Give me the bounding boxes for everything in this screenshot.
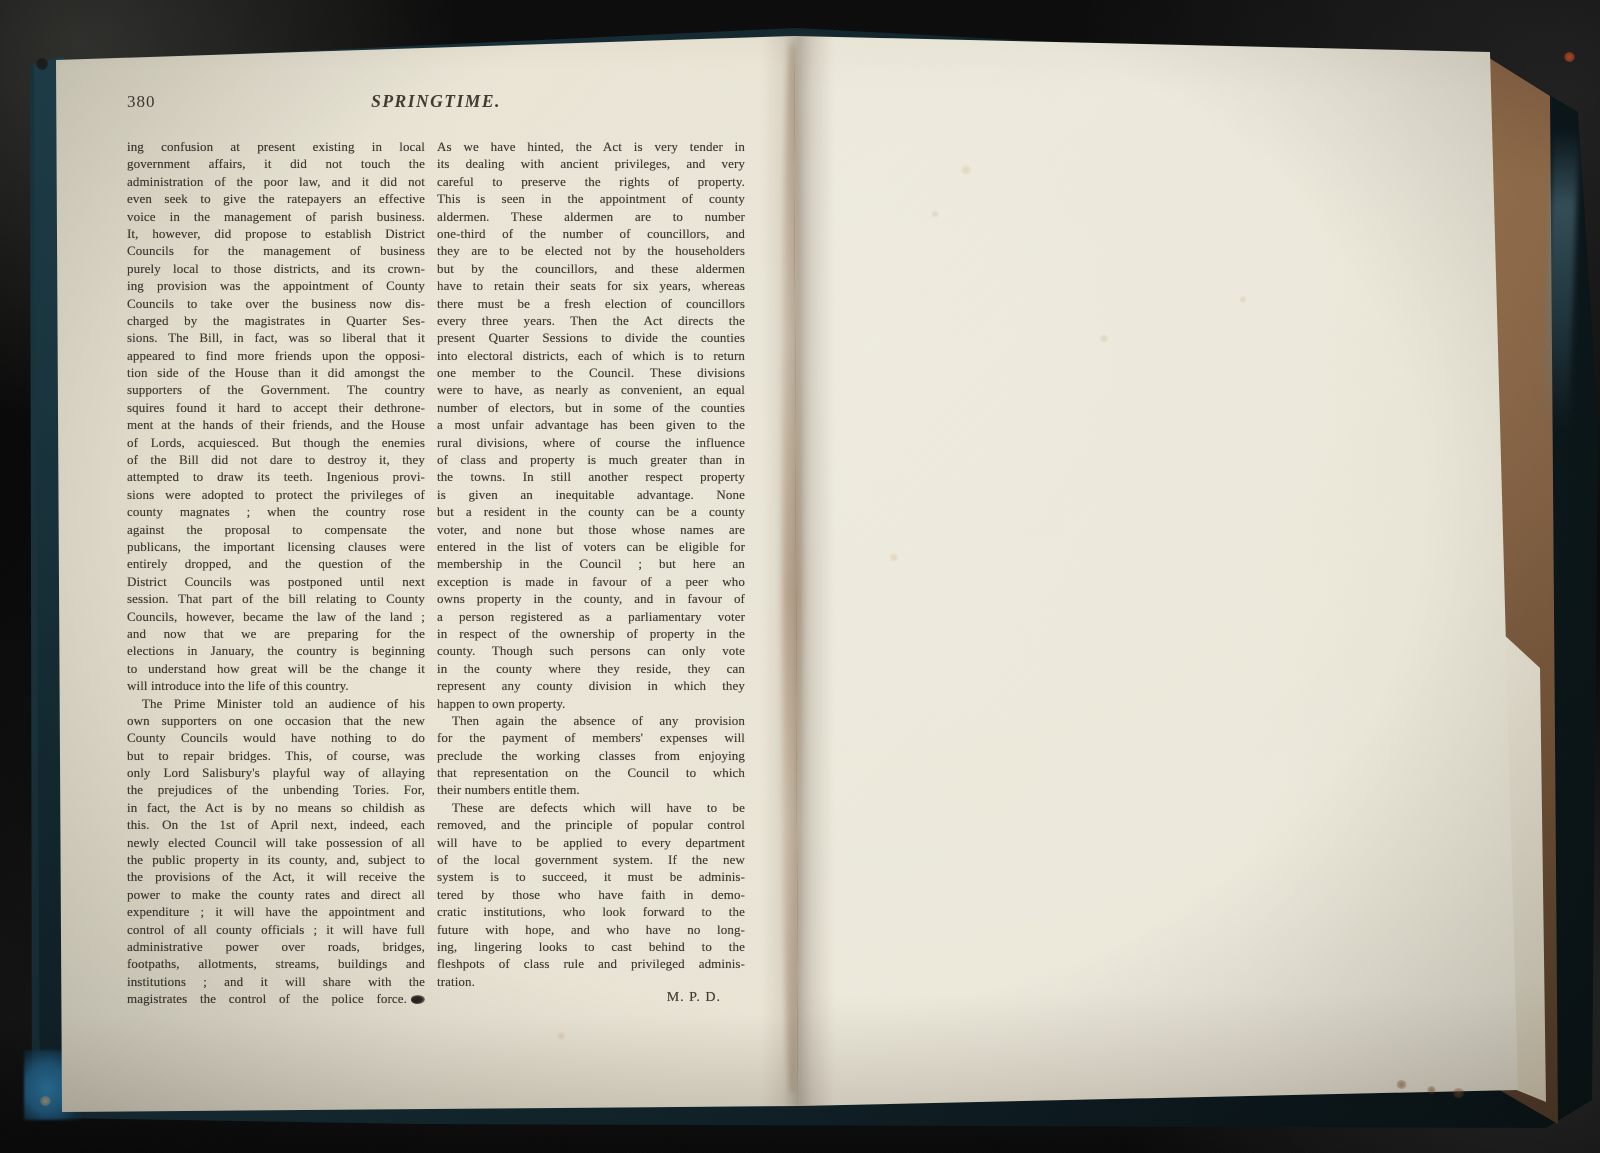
text-line: of Lords, acquiesced. But though the ene… <box>127 434 425 451</box>
text-line: the towns. In still another respect prop… <box>437 468 745 485</box>
text-line: Councils, however, became the law of the… <box>127 608 425 625</box>
text-line: The Prime Minister told an audience of h… <box>127 695 425 712</box>
text-line: a person registered as a parliamentary v… <box>437 608 745 625</box>
text-line: elections in January, the country is beg… <box>127 642 425 659</box>
text-line: one member to the Council. These divisio… <box>437 364 745 381</box>
text-column-1: ing confusion at present existing in loc… <box>127 138 425 1008</box>
text-line: owns property in the county, and in favo… <box>437 590 745 607</box>
text-line: sions. The Bill, in fact, was so liberal… <box>127 329 425 346</box>
text-line: County Councils would have nothing to do <box>127 729 425 746</box>
text-line: the public property in its county, and, … <box>127 851 425 868</box>
text-line: preclude the working classes from enjoyi… <box>437 747 745 764</box>
text-line: the provisions of the Act, it will recei… <box>127 868 425 885</box>
text-line: District Councils was postponed until ne… <box>127 573 425 590</box>
text-line: sions were adopted to protect the privil… <box>127 486 425 503</box>
text-line: This is seen in the appointment of count… <box>437 190 745 207</box>
text-line: ment at the hands of their friends, and … <box>127 416 425 433</box>
text-line: but by the councillors, and these alderm… <box>437 260 745 277</box>
text-line: Councils for the management of business <box>127 242 425 259</box>
text-line: charged by the magistrates in Quarter Se… <box>127 312 425 329</box>
text-line: voter, and none but those whose names ar… <box>437 521 745 538</box>
text-line: will have to be applied to every departm… <box>437 834 745 851</box>
paint-speck <box>1564 52 1575 62</box>
text-line: cratic institutions, who look forward to… <box>437 903 745 920</box>
text-line: These are defects which will have to be <box>437 799 745 816</box>
text-line: the prejudices of the unbending Tories. … <box>127 781 425 798</box>
text-line: fleshpots of class rule and privileged a… <box>437 955 745 972</box>
text-line: one-third of the number of councillors, … <box>437 225 745 242</box>
text-line: careful to preserve the rights of proper… <box>437 173 745 190</box>
text-line: to understand how great will be the chan… <box>127 660 425 677</box>
text-line: appeared to find more friends upon the o… <box>127 347 425 364</box>
ink-smudge <box>411 995 425 1005</box>
text-line: ing confusion at present existing in loc… <box>127 138 425 155</box>
text-line: membership in the Council ; but here an <box>437 555 745 572</box>
text-line: administrative power over roads, bridges… <box>127 938 425 955</box>
text-line: this. On the 1st of April next, indeed, … <box>127 816 425 833</box>
text-line: of class and property is much greater th… <box>437 451 745 468</box>
text-line: in fact, the Act is by no means so child… <box>127 799 425 816</box>
text-line: in respect of the ownership of property … <box>437 625 745 642</box>
text-line: It, however, did propose to establish Di… <box>127 225 425 242</box>
text-line: expenditure ; it will have the appointme… <box>127 903 425 920</box>
text-line: against the proposal to compensate the <box>127 521 425 538</box>
text-column-2: As we have hinted, the Act is very tende… <box>437 138 745 990</box>
text-line: but a resident in the county can be a co… <box>437 503 745 520</box>
text-line: ing provision was the appointment of Cou… <box>127 277 425 294</box>
text-line: every three years. Then the Act directs … <box>437 312 745 329</box>
text-line: supporters of the Government. The countr… <box>127 381 425 398</box>
text-line: Councils to take over the business now d… <box>127 295 425 312</box>
text-line: represent any county division in which t… <box>437 677 745 694</box>
text-line: number of electors, but in some of the c… <box>437 399 745 416</box>
text-line: administration of the poor law, and it d… <box>127 173 425 190</box>
text-line: control of all county officials ; it wil… <box>127 921 425 938</box>
text-line: squires found it hard to accept their de… <box>127 399 425 416</box>
text-line: even seek to give the ratepayers an effe… <box>127 190 425 207</box>
text-line: Then again the absence of any provision <box>437 712 745 729</box>
text-line: aldermen. These aldermen are to number <box>437 208 745 225</box>
gutter-stain <box>782 44 802 1094</box>
author-initials: M. P. D. <box>437 990 745 1006</box>
text-line: only Lord Salisbury's playful way of all… <box>127 764 425 781</box>
text-line: were to have, as nearly as convenient, a… <box>437 381 745 398</box>
text-line: footpaths, allotments, streams, building… <box>127 955 425 972</box>
text-line: for the payment of members' expenses wil… <box>437 729 745 746</box>
text-line: tration. <box>437 973 745 990</box>
text-line: have to retain their seats for six years… <box>437 277 745 294</box>
text-line: tion side of the House than it did among… <box>127 364 425 381</box>
text-line: they are to be elected not by the househ… <box>437 242 745 259</box>
running-title: SPRINGTIME. <box>127 91 745 112</box>
text-line: entirely dropped, and the question of th… <box>127 555 425 572</box>
text-line: their numbers entitle them. <box>437 781 745 798</box>
text-line: power to make the county rates and direc… <box>127 886 425 903</box>
text-line: institutions ; and it will share with th… <box>127 973 425 990</box>
text-line: but to repair bridges. This, of course, … <box>127 747 425 764</box>
text-line: entered in the list of voters can be eli… <box>437 538 745 555</box>
text-line: removed, and the principle of popular co… <box>437 816 745 833</box>
text-line: that representation on the Council to wh… <box>437 764 745 781</box>
text-line: ing, lingering looks to cast behind to t… <box>437 938 745 955</box>
text-line: of the Bill did not dare to destroy it, … <box>127 451 425 468</box>
text-line: and now that we are preparing for the <box>127 625 425 642</box>
text-line: county magnates ; when the country rose <box>127 503 425 520</box>
text-line: of the local government system. If the n… <box>437 851 745 868</box>
text-line: there must be a fresh election of counci… <box>437 295 745 312</box>
text-line: is given an inequitable advantage. None <box>437 486 745 503</box>
text-line: attempted to draw its teeth. Ingenious p… <box>127 468 425 485</box>
text-line: future with hope, and who have no long- <box>437 921 745 938</box>
text-line: exception is made in favour of a peer wh… <box>437 573 745 590</box>
text-line: county. Though such persons can only vot… <box>437 642 745 659</box>
text-line: session. That part of the bill relating … <box>127 590 425 607</box>
text-line: own supporters on one occasion that the … <box>127 712 425 729</box>
text-line: publicans, the important licensing claus… <box>127 538 425 555</box>
text-line: in the county where they reside, they ca… <box>437 660 745 677</box>
text-line: tered by those who have faith in demo- <box>437 886 745 903</box>
text-line: a most unfair advantage has been given t… <box>437 416 745 433</box>
text-line: into electoral districts, each of which … <box>437 347 745 364</box>
text-line: present Quarter Sessions to divide the c… <box>437 329 745 346</box>
text-line: happen to own property. <box>437 695 745 712</box>
text-line: voice in the management of parish busine… <box>127 208 425 225</box>
text-line: magistrates the control of the police fo… <box>127 990 425 1007</box>
text-line: purely local to those districts, and its… <box>127 260 425 277</box>
text-line: will introduce into the life of this cou… <box>127 677 425 694</box>
book-photo: 380 SPRINGTIME. ing confusion at present… <box>0 0 1600 1153</box>
text-line: rural divisions, where of course the inf… <box>437 434 745 451</box>
text-line: As we have hinted, the Act is very tende… <box>437 138 745 155</box>
text-line: its dealing with ancient privileges, and… <box>437 155 745 172</box>
text-line: newly elected Council will take possessi… <box>127 834 425 851</box>
text-line: system is to succeed, it must be adminis… <box>437 868 745 885</box>
text-line: government affairs, it did not touch the <box>127 155 425 172</box>
